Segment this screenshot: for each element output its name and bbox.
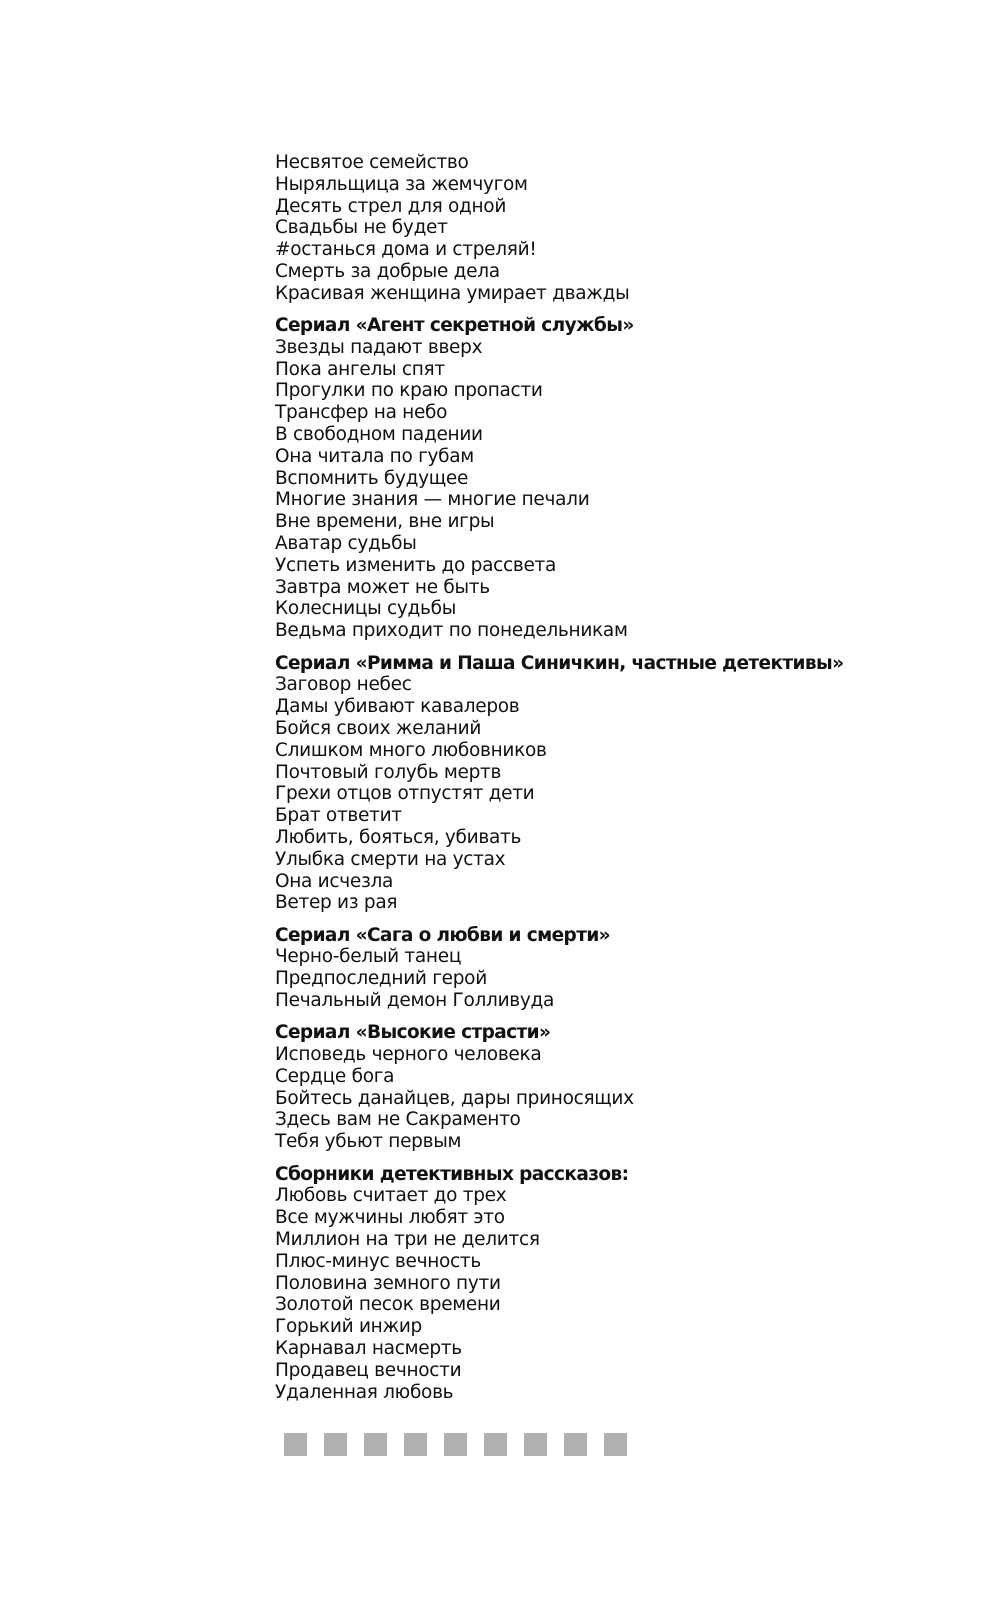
book-title: Она читала по губам (275, 446, 915, 468)
book-list: Несвятое семействоНыряльщица за жемчугом… (275, 152, 915, 1403)
book-section: Сериал «Римма и Паша Синичкин, частные д… (275, 653, 915, 915)
book-title: Продавец вечности (275, 1360, 915, 1382)
book-title: Плюс-минус вечность (275, 1251, 915, 1273)
book-title: Черно-белый танец (275, 946, 915, 968)
square-ornament (564, 1433, 587, 1456)
square-ornament (484, 1433, 507, 1456)
book-title: Дамы убивают кавалеров (275, 696, 915, 718)
book-title: Красивая женщина умирает дважды (275, 283, 915, 305)
book-title: Исповедь черного человека (275, 1044, 915, 1066)
book-title: Пока ангелы спят (275, 359, 915, 381)
book-title: Заговор небес (275, 674, 915, 696)
book-title: Печальный демон Голливуда (275, 990, 915, 1012)
book-title: Бойся своих желаний (275, 718, 915, 740)
book-title: Ведьма приходит по понедельникам (275, 620, 915, 642)
book-title: Все мужчины любят это (275, 1207, 915, 1229)
book-title: Любить, бояться, убивать (275, 827, 915, 849)
book-title: Успеть изменить до рассвета (275, 555, 915, 577)
square-ornament (604, 1433, 627, 1456)
book-title: Почтовый голубь мертв (275, 762, 915, 784)
book-title: #останься дома и стреляй! (275, 239, 915, 261)
book-title: Несвятое семейство (275, 152, 915, 174)
book-title: Вспомнить будущее (275, 468, 915, 490)
book-title: Брат ответит (275, 805, 915, 827)
book-title: Звезды падают вверх (275, 337, 915, 359)
book-title: Ветер из рая (275, 892, 915, 914)
book-section: Сериал «Агент секретной службы»Звезды па… (275, 315, 915, 642)
section-heading: Сериал «Сага о любви и смерти» (275, 925, 915, 947)
square-ornament (364, 1433, 387, 1456)
book-title: Карнавал насмерть (275, 1338, 915, 1360)
square-ornament (524, 1433, 547, 1456)
book-title: Здесь вам не Сакраменто (275, 1109, 915, 1131)
section-heading: Сериал «Высокие страсти» (275, 1022, 915, 1044)
book-title: Десять стрел для одной (275, 196, 915, 218)
book-title: Она исчезла (275, 871, 915, 893)
book-title: Колесницы судьбы (275, 598, 915, 620)
book-title: Смерть за добрые дела (275, 261, 915, 283)
book-title: Ныряльщица за жемчугом (275, 174, 915, 196)
book-section: Сборники детективных рассказов:Любовь сч… (275, 1164, 915, 1404)
book-title: Бойтесь данайцев, дары приносящих (275, 1088, 915, 1110)
book-title: В свободном падении (275, 424, 915, 446)
book-section: Сериал «Высокие страсти»Исповедь черного… (275, 1022, 915, 1153)
square-ornament (444, 1433, 467, 1456)
book-title: Горький инжир (275, 1316, 915, 1338)
book-title: Предпоследний герой (275, 968, 915, 990)
square-ornament (404, 1433, 427, 1456)
book-title: Аватар судьбы (275, 533, 915, 555)
book-title: Удаленная любовь (275, 1382, 915, 1404)
book-title: Тебя убьют первым (275, 1131, 915, 1153)
section-heading: Сборники детективных рассказов: (275, 1164, 915, 1186)
book-title: Миллион на три не делится (275, 1229, 915, 1251)
book-title: Завтра может не быть (275, 577, 915, 599)
square-ornament (324, 1433, 347, 1456)
square-ornament (284, 1433, 307, 1456)
book-title: Слишком много любовников (275, 740, 915, 762)
book-title: Многие знания — многие печали (275, 489, 915, 511)
book-title: Любовь считает до трех (275, 1185, 915, 1207)
book-title: Золотой песок времени (275, 1294, 915, 1316)
book-title: Улыбка смерти на устах (275, 849, 915, 871)
book-title: Вне времени, вне игры (275, 511, 915, 533)
decorative-squares (284, 1433, 627, 1456)
book-title: Сердце бога (275, 1066, 915, 1088)
book-title: Прогулки по краю пропасти (275, 380, 915, 402)
book-title: Грехи отцов отпустят дети (275, 783, 915, 805)
section-heading: Сериал «Агент секретной службы» (275, 315, 915, 337)
book-title: Свадьбы не будет (275, 217, 915, 239)
book-title: Трансфер на небо (275, 402, 915, 424)
section-heading: Сериал «Римма и Паша Синичкин, частные д… (275, 653, 915, 675)
book-section: Сериал «Сага о любви и смерти»Черно-белы… (275, 925, 915, 1012)
book-section: Несвятое семействоНыряльщица за жемчугом… (275, 152, 915, 305)
book-title: Половина земного пути (275, 1273, 915, 1295)
